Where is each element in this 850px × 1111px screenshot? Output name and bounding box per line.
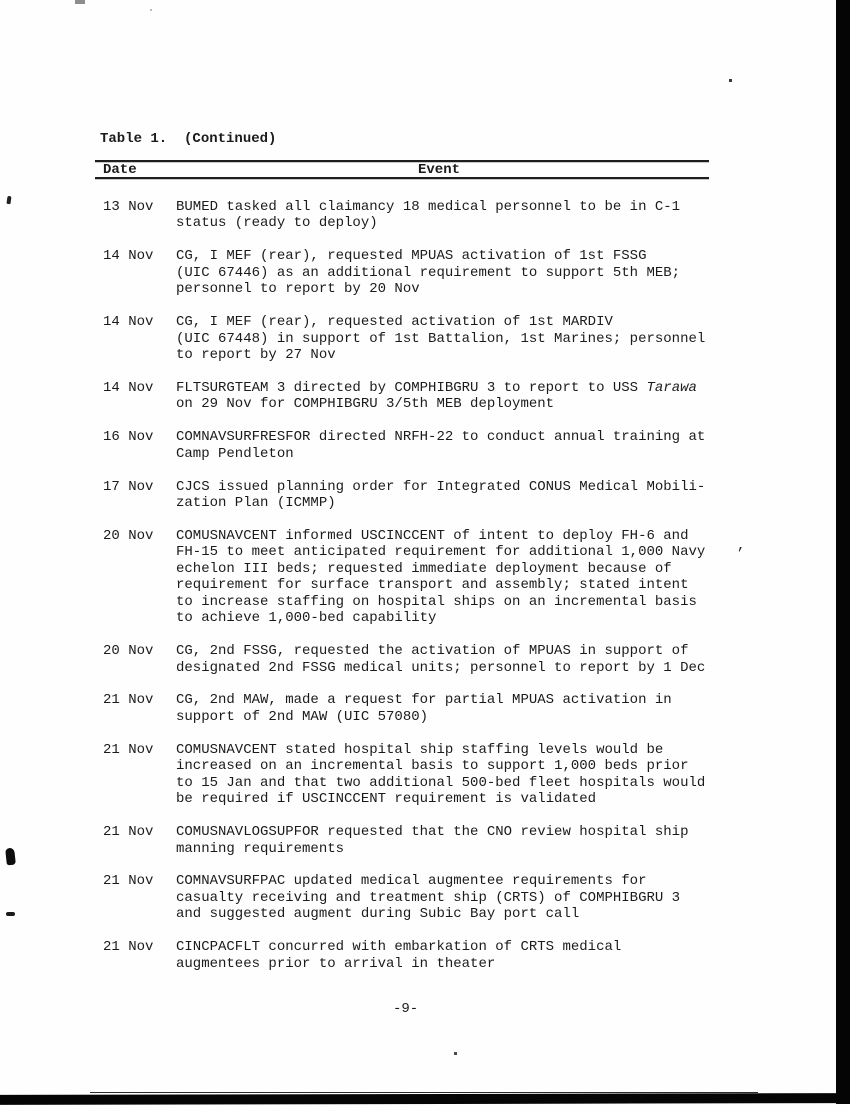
table-row: 21 Nov COMUSNAVLOGSUPFOR requested that … [103, 824, 763, 857]
event-text: COMNAVSURFRESFOR directed NRFH-22 to con… [176, 429, 705, 462]
event-text: CINCPACFLT concurred with embarkation of… [176, 939, 621, 972]
table-row: 14 Nov FLTSURGTEAM 3 directed by COMPHIB… [103, 380, 763, 413]
table-row: 20 Nov CG, 2nd FSSG, requested the activ… [103, 643, 763, 676]
event-text: CG, I MEF (rear), requested activation o… [176, 314, 705, 363]
table-row: 20 Nov COMUSNAVCENT informed USCINCCENT … [103, 528, 763, 627]
table-row: 21 Nov COMUSNAVCENT stated hospital ship… [103, 742, 763, 808]
event-text: COMUSNAVCENT informed USCINCCENT of inte… [176, 528, 705, 627]
scan-black-bar-right [836, 0, 850, 1104]
event-date: 21 Nov [103, 824, 176, 857]
scan-speck-bottom [454, 1052, 457, 1055]
event-date: 14 Nov [103, 248, 176, 297]
event-text: COMNAVSURFPAC updated medical augmentee … [176, 873, 680, 922]
table-header-rule [95, 177, 709, 179]
table-row: 21 Nov CINCPACFLT concurred with embarka… [103, 939, 763, 972]
ink-dash-left-margin [6, 912, 15, 916]
event-date: 14 Nov [103, 380, 176, 413]
scan-speck-left-margin [6, 196, 11, 204]
scan-speck-upper-right [729, 79, 732, 82]
event-text: CG, 2nd MAW, made a request for partial … [176, 692, 672, 725]
event-date: 20 Nov [103, 643, 176, 676]
table-row: 21 Nov CG, 2nd MAW, made a request for p… [103, 692, 763, 725]
event-date: 13 Nov [103, 199, 176, 232]
event-text: COMUSNAVLOGSUPFOR requested that the CNO… [176, 824, 688, 857]
scan-smudge-top [75, 0, 85, 4]
scan-black-bar-bottom [0, 1093, 850, 1105]
event-text: BUMED tasked all claimancy 18 medical pe… [176, 199, 680, 232]
event-date: 14 Nov [103, 314, 176, 363]
table-row: 14 Nov CG, I MEF (rear), requested MPUAS… [103, 248, 763, 297]
event-date: 17 Nov [103, 479, 176, 512]
event-date: 21 Nov [103, 742, 176, 808]
ship-name-italic: Tarawa [646, 380, 696, 396]
event-date: 20 Nov [103, 528, 176, 627]
event-text: COMUSNAVCENT stated hospital ship staffi… [176, 742, 705, 808]
event-text-segment: FLTSURGTEAM 3 directed by COMPHIBGRU 3 t… [176, 380, 646, 396]
table-row: 21 Nov COMNAVSURFPAC updated medical aug… [103, 873, 763, 922]
event-date: 21 Nov [103, 873, 176, 922]
table-row: 13 Nov BUMED tasked all claimancy 18 med… [103, 199, 763, 232]
event-text: FLTSURGTEAM 3 directed by COMPHIBGRU 3 t… [176, 380, 697, 413]
table-title: Table 1. (Continued) [100, 131, 276, 147]
table-row: 17 Nov CJCS issued planning order for In… [103, 479, 763, 512]
event-text: CG, 2nd FSSG, requested the activation o… [176, 643, 705, 676]
column-header-event: Event [418, 162, 460, 178]
scan-speck-top [150, 9, 152, 11]
event-text: CJCS issued planning order for Integrate… [176, 479, 705, 512]
event-text-segment: on 29 Nov for COMPHIBGRU 3/5th MEB deplo… [176, 396, 554, 412]
table-top-rule [95, 160, 709, 162]
ink-blob-left-margin [5, 848, 16, 866]
event-table-body: 13 Nov BUMED tasked all claimancy 18 med… [103, 199, 763, 989]
event-date: 16 Nov [103, 429, 176, 462]
event-date: 21 Nov [103, 692, 176, 725]
page-number: -9- [393, 1001, 418, 1017]
event-date: 21 Nov [103, 939, 176, 972]
table-row: 14 Nov CG, I MEF (rear), requested activ… [103, 314, 763, 363]
event-text: CG, I MEF (rear), requested MPUAS activa… [176, 248, 680, 297]
column-header-date: Date [103, 162, 137, 178]
document-page: , Table 1. (Continued) Date Event 13 Nov… [0, 0, 850, 1111]
table-row: 16 Nov COMNAVSURFRESFOR directed NRFH-22… [103, 429, 763, 462]
